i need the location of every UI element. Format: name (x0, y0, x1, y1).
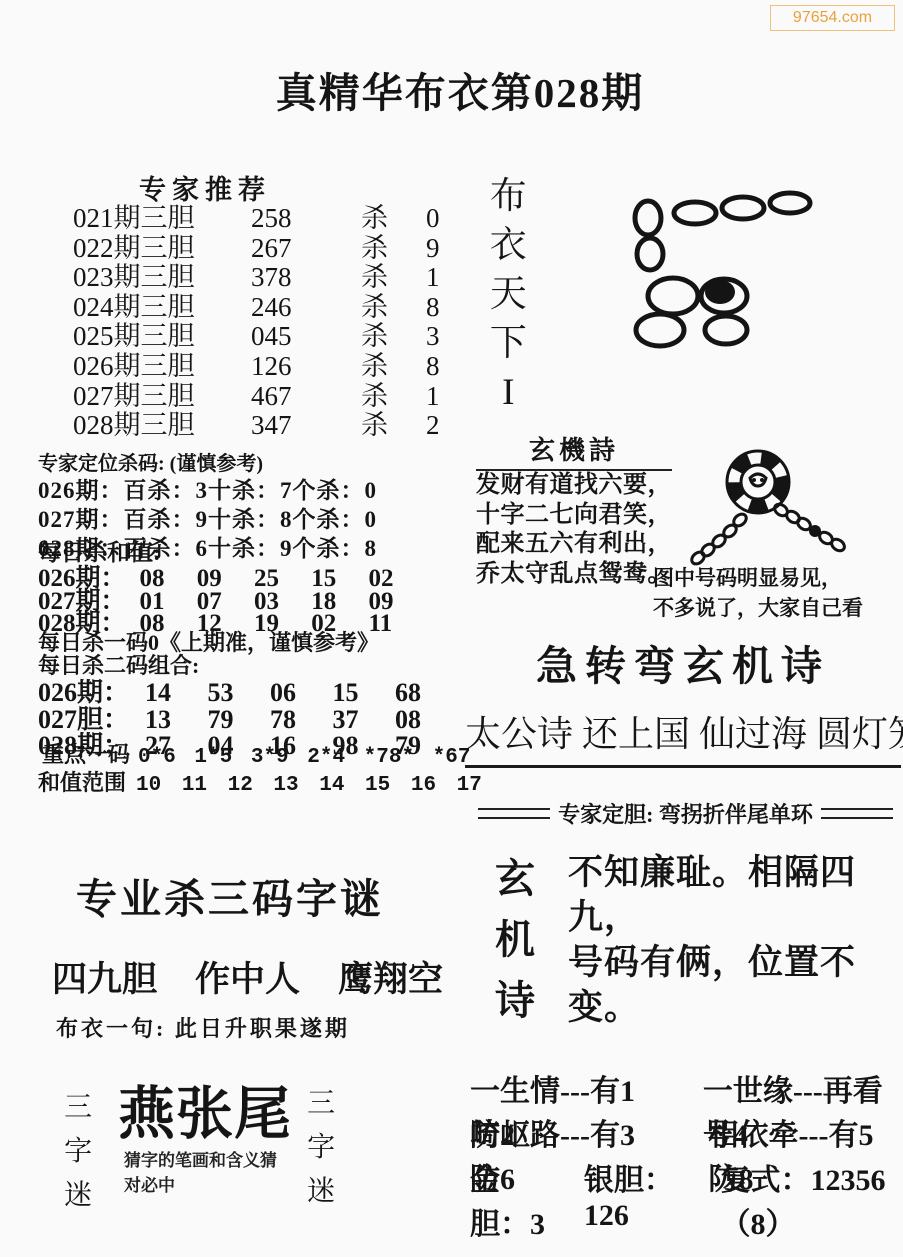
period-label: 027胆： (38, 705, 129, 734)
dan-number: 347 (251, 411, 361, 441)
double-rule-right (821, 808, 893, 819)
section-title: 每日杀二码组合: (38, 652, 421, 680)
poem-line: 乔太守乱点鸳鸯。 (476, 560, 672, 590)
period-label: 026期三胆 (73, 352, 251, 382)
expert-dan-row: 专家定胆: 弯拐折伴尾单环 (478, 798, 893, 829)
dan-number: 258 (251, 204, 361, 234)
period-label: 028期三胆 (73, 411, 251, 441)
kill-values: 14 53 06 15 68 (129, 678, 421, 707)
sharp-turn-title: 急转弯玄机诗 (468, 633, 898, 692)
expert-dan-text: 专家定胆: 弯拐折伴尾单环 (558, 798, 813, 829)
dan-number: 126 (251, 352, 361, 382)
row-label: 和值范围 (38, 770, 126, 795)
table-row: 027期三胆467杀1 (73, 382, 456, 412)
table-row: 023期三胆378杀1 (73, 263, 456, 293)
section-title: 每日杀和值: (38, 538, 394, 568)
sharp-turn-underlined-line: 太公诗 还上国 仙过海 圆灯笼 (465, 706, 901, 768)
table-row: 022期三胆267杀9 (73, 234, 456, 264)
period-label: 023期三胆 (73, 263, 251, 293)
daily-kill-sum-section: 每日杀和值: 026期：08 09 25 15 02 027期：01 07 03… (38, 538, 394, 636)
lottery-tip-sheet: 97654.com 真精华布衣第028期 专家推荐 021期三胆258杀0 02… (0, 0, 903, 1257)
fushi: 复式：12356（8） (721, 1155, 903, 1243)
buyi-tianxia-title: 布衣天下I (487, 172, 530, 417)
poem-line: 配来五六有利出， (476, 530, 672, 560)
kill-number: 1 (426, 382, 456, 412)
xuanji-poem-section: 玄機詩 发财有道找六要， 十字二七向君笑， 配来五六有利出， 乔太守乱点鸳鸯。 (476, 430, 672, 589)
period-label: 025期三胆 (73, 322, 251, 352)
kill-label: 杀 (361, 204, 426, 234)
poem-line: 发财有道找六要， (476, 471, 672, 501)
page-title: 真精华布衣第028期 (220, 60, 700, 119)
gold-dan: 金胆：3 (470, 1155, 550, 1243)
caption-line: 图中号码明显易见， (653, 563, 863, 593)
xuanji2-vertical-title: 玄机诗 (492, 848, 538, 1031)
three-char-word: 燕张尾 (118, 1068, 292, 1150)
section-title: 专家定位杀码: (谨慎参考) (38, 452, 377, 476)
kill-label: 杀 (361, 322, 426, 352)
riddle-word: 鹰翔空 (338, 952, 443, 1002)
site-badge[interactable]: 97654.com (770, 5, 895, 31)
period-label: 026期： (38, 678, 129, 707)
expert-recommend-table: 021期三胆258杀0 022期三胆267杀9 023期三胆378杀1 024期… (73, 204, 456, 441)
table-row: 026期三胆126杀8 (73, 352, 456, 382)
table-row: 021期三胆258杀0 (73, 204, 456, 234)
riddle-word: 作中人 (195, 952, 300, 1002)
kill-number: 9 (426, 234, 456, 264)
period-label: 027期三胆 (73, 382, 251, 412)
table-row: 025期三胆045杀3 (73, 322, 456, 352)
dan-number: 467 (251, 382, 361, 412)
table-row: 026期：百杀：3十杀：7个杀：0 (38, 476, 377, 505)
kill-label: 杀 (361, 293, 426, 323)
row-label: 重点一码 (42, 742, 130, 767)
kill-label: 杀 (361, 263, 426, 293)
kill-number: 0 (426, 204, 456, 234)
kill-number: 8 (426, 293, 456, 323)
riddle-word: 四九胆 (52, 952, 157, 1002)
period-label: 021期三胆 (73, 204, 251, 234)
key-one-code-row: 重点一码0*6 1*5 3*9 2*4 *78* *67 (42, 738, 470, 769)
table-row: 027胆：13 79 78 37 08 (38, 707, 421, 734)
kill-label: 杀 (361, 352, 426, 382)
three-char-label-right: 三字迷 (305, 1082, 337, 1214)
table-row: 026期：14 53 06 15 68 (38, 680, 421, 707)
poem-line: 十字二七向君笑， (476, 501, 672, 531)
sketch-caption: 图中号码明显易见， 不多说了，大家自己看 (653, 563, 863, 623)
kill-number: 2 (426, 411, 456, 441)
hint-line: 猜字的笔画和含义猜 (124, 1148, 277, 1173)
pendant-drawing (688, 436, 863, 571)
dan-number: 246 (251, 293, 361, 323)
kill-number: 3 (426, 322, 456, 352)
table-row: 028期三胆347杀2 (73, 411, 456, 441)
xuanji-poem-title: 玄機詩 (476, 430, 672, 471)
riddle-answer-row: 四九胆 作中人 鹰翔空 (52, 952, 443, 1002)
dan-number: 378 (251, 263, 361, 293)
kill-number: 1 (426, 263, 456, 293)
range-values: 10 11 12 13 14 15 16 17 (126, 774, 482, 797)
couplet-line: 不知廉耻。相隔四九， (568, 850, 903, 940)
period-label: 024期三胆 (73, 293, 251, 323)
double-rule-left (478, 808, 550, 819)
kill-label: 杀 (361, 234, 426, 264)
couplet-line: 号码有俩，位置不变。 (568, 940, 903, 1030)
kill-label: 杀 (361, 411, 426, 441)
dan-number: 045 (251, 322, 361, 352)
kill-values: 13 79 78 37 08 (129, 705, 421, 734)
number-sketch-drawing (592, 190, 842, 362)
table-row: 027期：百杀：9十杀：8个杀：0 (38, 505, 377, 534)
kill-label: 杀 (361, 382, 426, 412)
three-char-label-left: 三字迷 (62, 1086, 94, 1218)
sum-range-row: 和值范围10 11 12 13 14 15 16 17 (38, 766, 482, 797)
table-row: 024期三胆246杀8 (73, 293, 456, 323)
buyi-sentence: 布衣一句: 此日升职果遂期 (56, 1012, 350, 1043)
expert-recommend-title: 专家推荐 (55, 168, 355, 207)
xuanji2-couplet: 不知廉耻。相隔四九， 号码有俩，位置不变。 (568, 850, 903, 1030)
caption-line: 不多说了，大家自己看 (653, 593, 863, 623)
period-label: 022期三胆 (73, 234, 251, 264)
kill-number: 8 (426, 352, 456, 382)
silver-dan: 银胆：126 (584, 1155, 687, 1243)
riddle-title: 专业杀三码字谜 (40, 866, 420, 925)
three-char-hint: 猜字的笔画和含义猜 对必中 (124, 1148, 277, 1198)
bottom-row-3: 金胆：3 银胆：126 复式：12356（8） (470, 1155, 903, 1243)
dan-number: 267 (251, 234, 361, 264)
hint-line: 对必中 (124, 1173, 277, 1198)
